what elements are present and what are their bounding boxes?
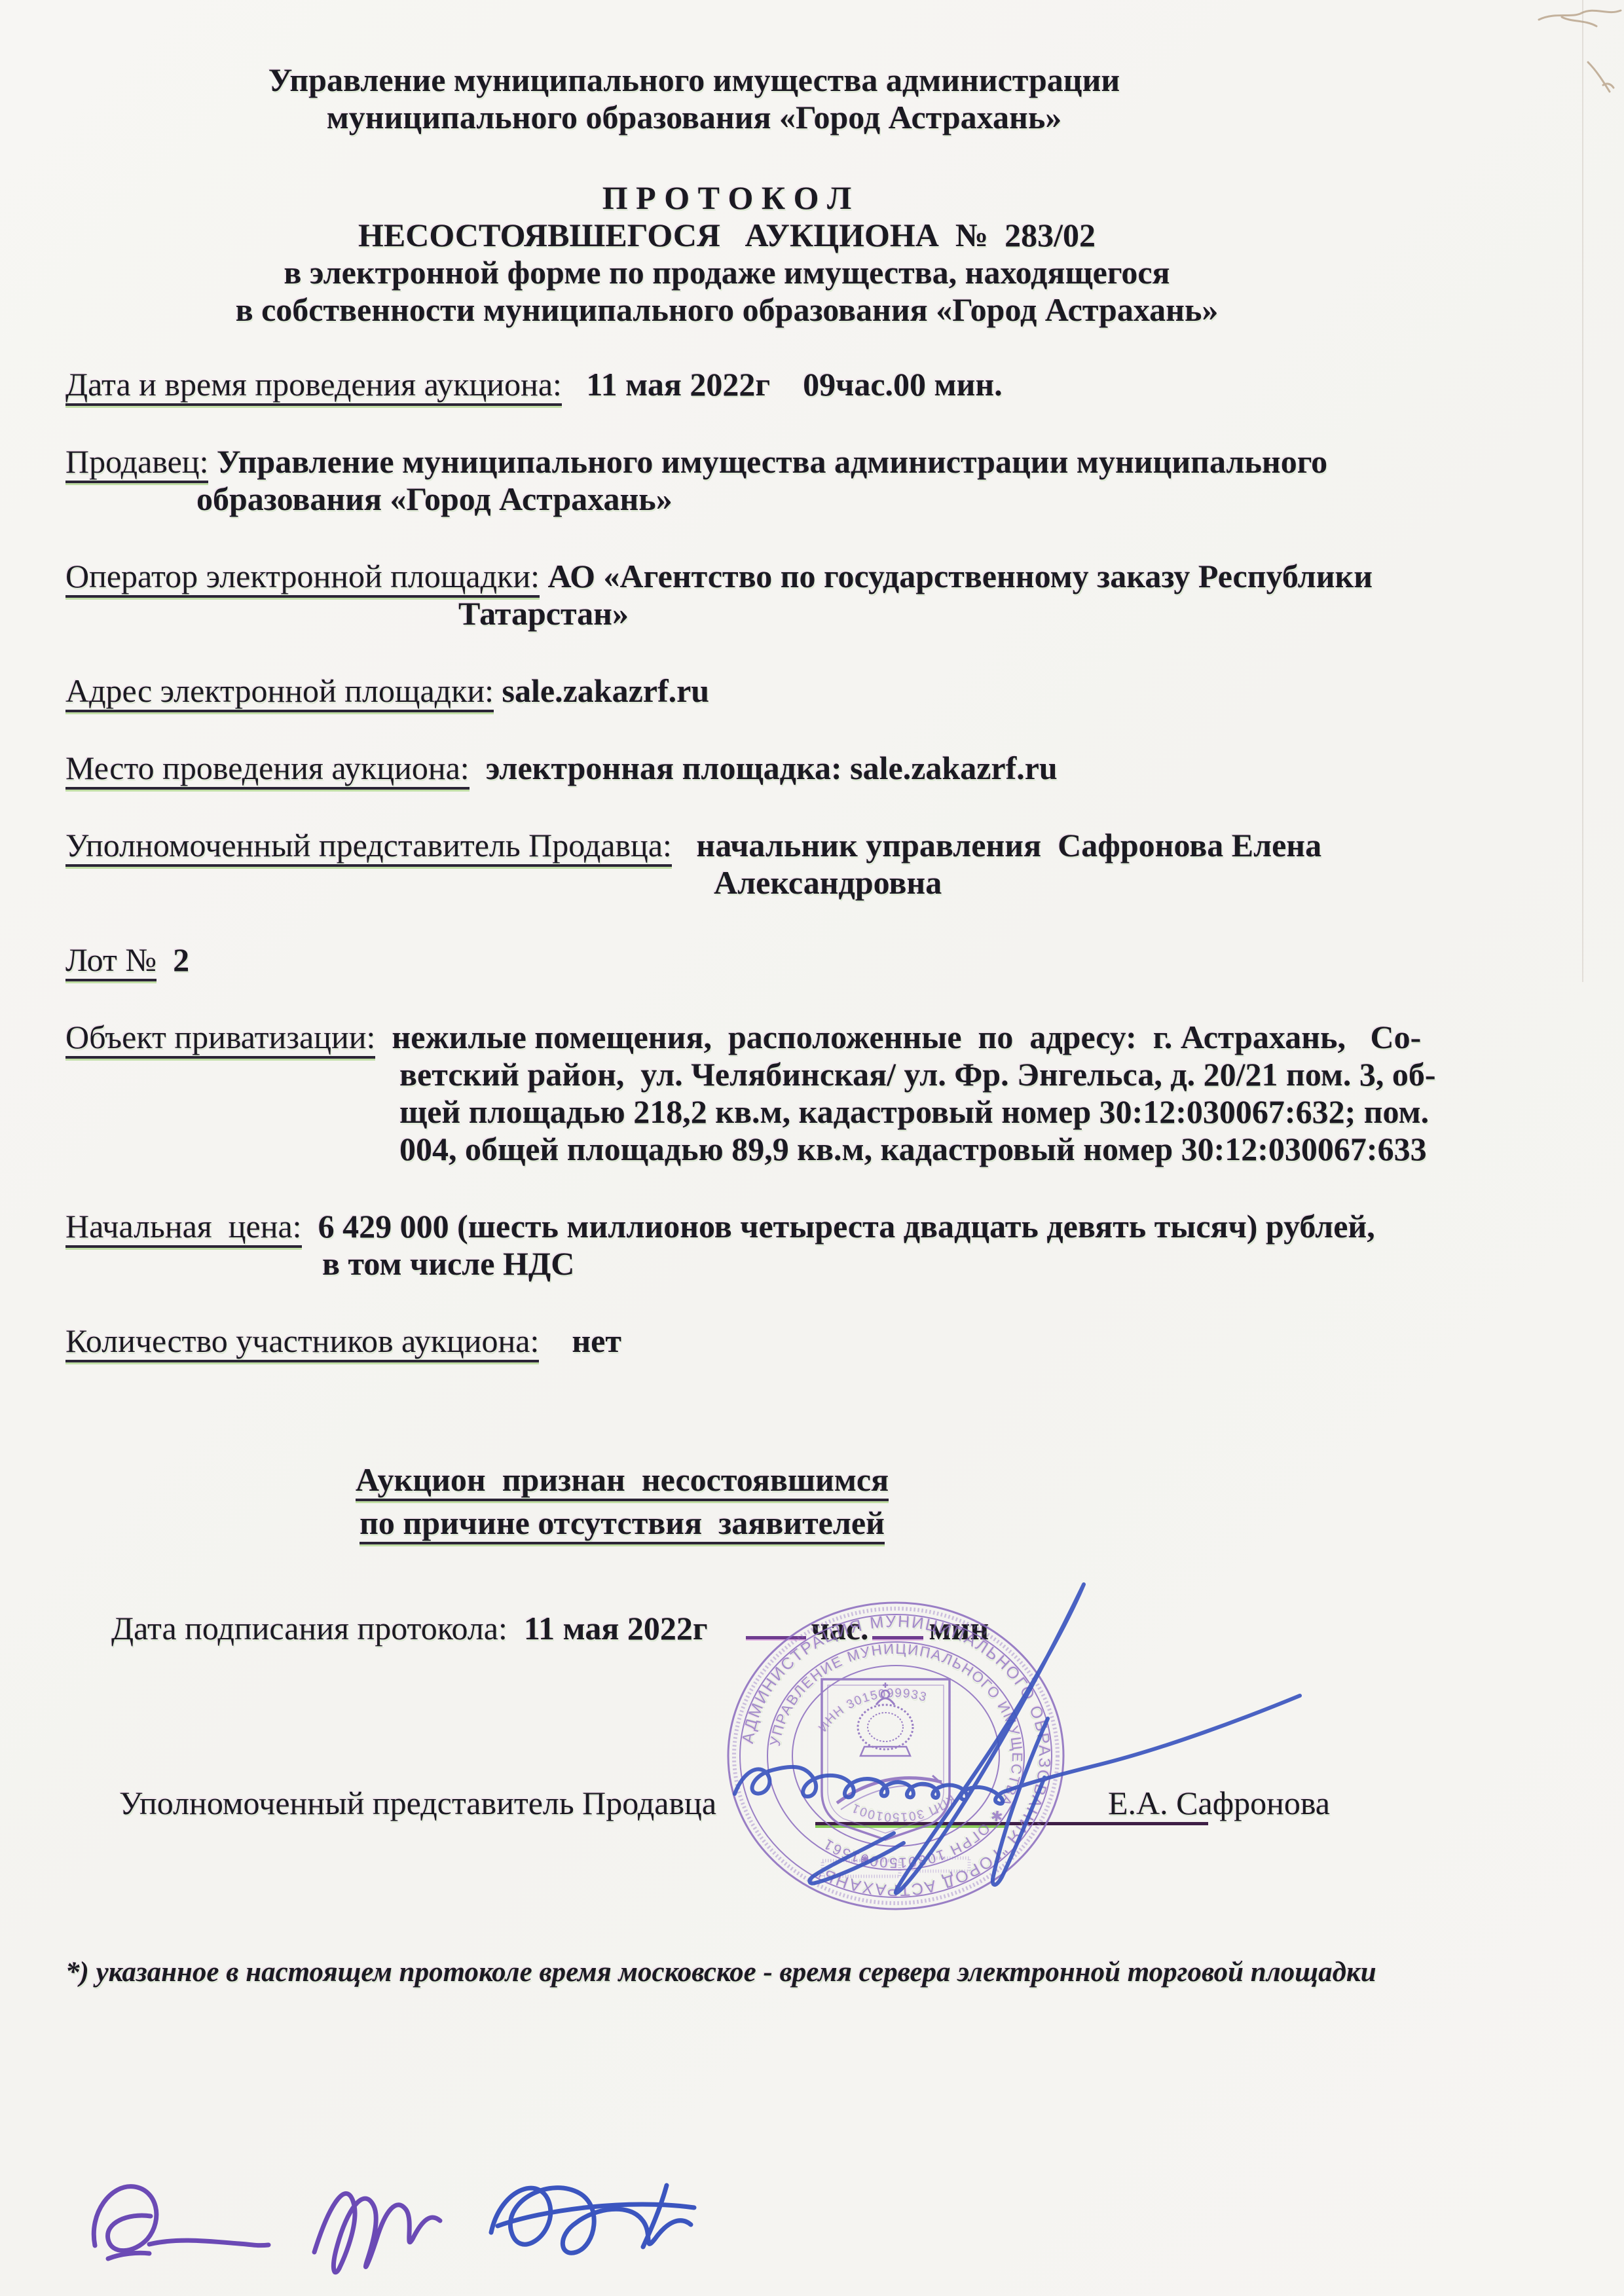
- field-address: Адрес электронной площадки: sale.zakazrf…: [65, 672, 1565, 710]
- paper-fold-line: [1582, 0, 1583, 982]
- title-line4: в собственности муниципального образован…: [65, 291, 1388, 329]
- field-seller-label: Продавец:: [65, 443, 208, 483]
- field-price: Начальная цена: 6 429 000 (шесть миллион…: [65, 1208, 1565, 1283]
- field-object-value-line4: 004, общей площадью 89,9 кв.м, кадастров…: [399, 1131, 1427, 1167]
- field-address-label: Адрес электронной площадки:: [65, 672, 494, 712]
- decision-line2: по причине отсутствия заявителей: [360, 1504, 885, 1544]
- field-seller-value-line2: образования «Город Астрахань»: [196, 481, 673, 517]
- org-name-line2: муниципального образования «Город Астрах…: [65, 99, 1323, 136]
- corner-scan-artifact: [1526, 0, 1624, 151]
- field-operator-value-line2: Татарстан»: [458, 595, 629, 632]
- field-datetime-label: Дата и время проведения аукциона:: [65, 366, 562, 406]
- field-place-value: электронная площадка: sale.zakazrf.ru: [486, 750, 1058, 786]
- field-place: Место проведения аукциона: электронная п…: [65, 750, 1565, 787]
- field-place-label: Место проведения аукциона:: [65, 750, 470, 790]
- field-lot: Лот № 2: [65, 941, 1565, 979]
- field-representative-value-line2: Александровна: [714, 864, 942, 901]
- field-seller: Продавец: Управление муниципального имущ…: [65, 443, 1565, 518]
- field-representative: Уполномоченный представитель Продавца: н…: [65, 827, 1565, 902]
- field-price-value-line2: в том числе НДС: [322, 1245, 574, 1282]
- title-line3: в электронной форме по продаже имущества…: [65, 254, 1388, 291]
- field-object-value-line1: нежилые помещения, расположенные по адре…: [392, 1019, 1421, 1055]
- field-participants-label: Количество участников аукциона:: [65, 1322, 539, 1362]
- field-operator: Оператор электронной площадки: АО «Агент…: [65, 558, 1565, 632]
- signing-label: Дата подписания протокола:: [111, 1610, 507, 1647]
- field-object-value-line3: щей площадью 218,2 кв.м, кадастровый ном…: [399, 1093, 1429, 1130]
- seal-ink-signature: [707, 1568, 1349, 1935]
- field-object-label: Объект приватизации:: [65, 1019, 375, 1059]
- signing-date-value: 11 мая 2022г: [524, 1610, 708, 1647]
- field-lot-label: Лот №: [65, 941, 157, 981]
- scanned-protocol-page: Управление муниципального имущества адми…: [0, 0, 1624, 2296]
- field-address-value: sale.zakazrf.ru: [502, 672, 710, 709]
- handwritten-signatures: [72, 2147, 766, 2291]
- field-price-label: Начальная цена:: [65, 1208, 302, 1248]
- org-name-line1: Управление муниципального имущества адми…: [65, 62, 1323, 99]
- field-price-value-line1: 6 429 000 (шесть миллионов четыреста два…: [318, 1208, 1375, 1245]
- decision-line1: Аукцион признан несостоявшимся: [356, 1461, 889, 1501]
- field-representative-label: Уполномоченный представитель Продавца:: [65, 827, 672, 867]
- field-participants-value: нет: [572, 1322, 621, 1359]
- field-object-value-line2: ветский район, ул. Челябинская/ ул. Фр. …: [399, 1056, 1436, 1093]
- field-datetime: Дата и время проведения аукциона: 11 мая…: [65, 366, 1565, 403]
- field-representative-value-line1: начальник управления Сафронова Елена: [696, 827, 1321, 864]
- org-header: Управление муниципального имущества адми…: [65, 62, 1323, 136]
- handwritten-signature-1: [94, 2187, 268, 2259]
- signature-row-label: Уполномоченный представитель Продавца: [119, 1785, 716, 1822]
- protocol-title: П Р О Т О К О Л НЕСОСТОЯВШЕГОСЯ АУКЦИОНА…: [65, 179, 1388, 329]
- field-seller-value-line1: Управление муниципального имущества адми…: [217, 443, 1327, 480]
- footnote: *) указанное в настоящем протоколе время…: [65, 1956, 1565, 1989]
- field-datetime-value: 11 мая 2022г 09час.00 мин.: [586, 366, 1002, 403]
- field-operator-label: Оператор электронной площадки:: [65, 558, 540, 598]
- handwritten-signature-3: [491, 2185, 694, 2253]
- field-lot-value: 2: [173, 941, 189, 978]
- title-protokol: П Р О Т О К О Л: [65, 179, 1388, 217]
- auction-decision: Аукцион признан несостоявшимся по причин…: [65, 1458, 1179, 1544]
- handwritten-signature-2: [314, 2194, 440, 2272]
- field-object: Объект приватизации: нежилые помещения, …: [65, 1019, 1565, 1168]
- field-operator-value-line1: АО «Агентство по государственному заказу…: [548, 558, 1373, 594]
- title-auction-number: НЕСОСТОЯВШЕГОСЯ АУКЦИОНА № 283/02: [65, 217, 1388, 254]
- field-participants: Количество участников аукциона: нет: [65, 1322, 1565, 1360]
